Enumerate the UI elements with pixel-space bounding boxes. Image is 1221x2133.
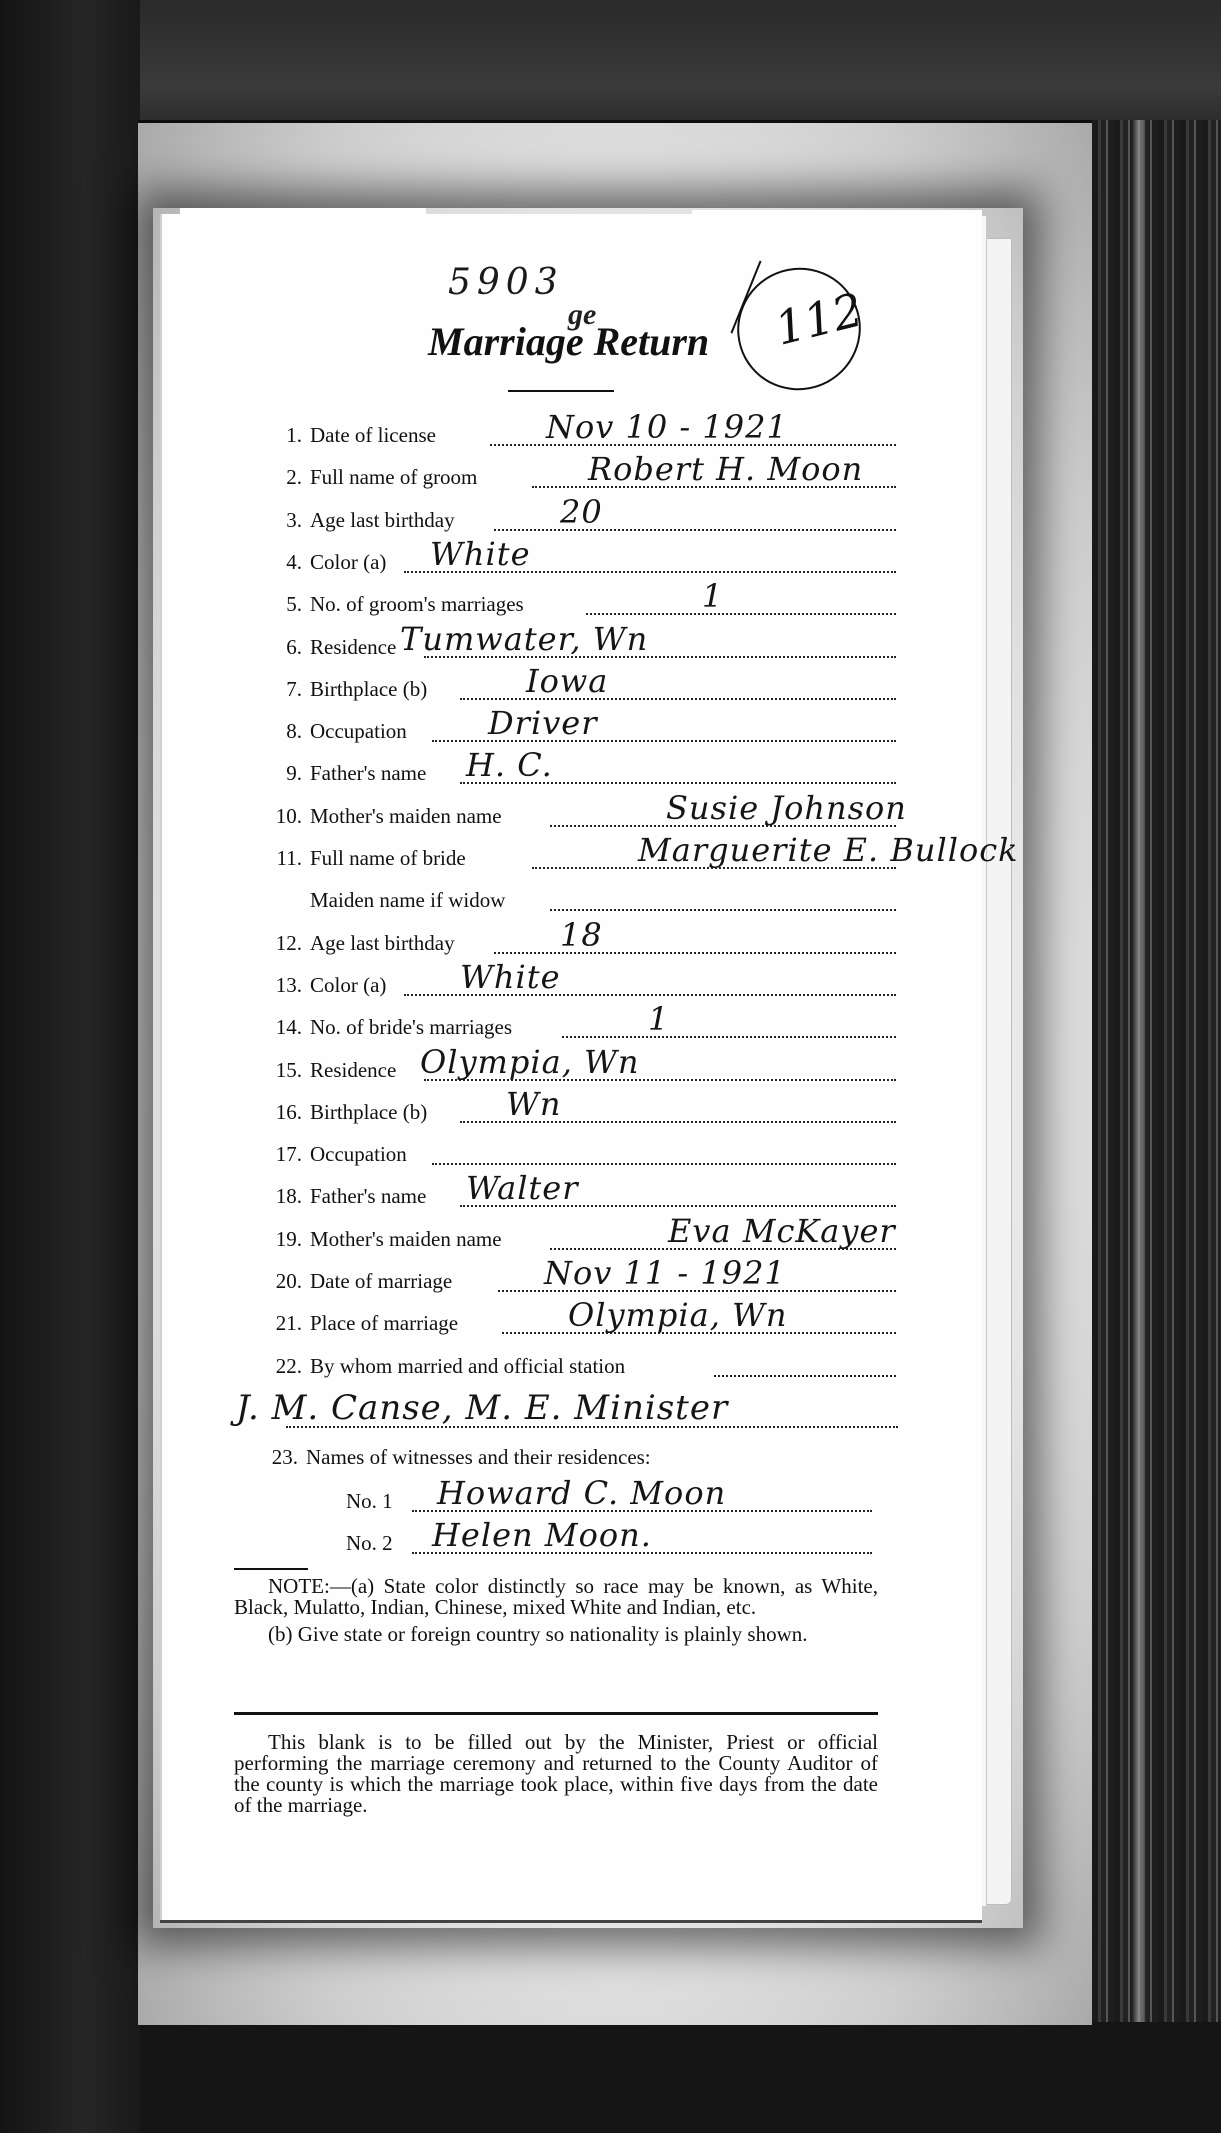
field-handwritten-value: Eva McKayer [668, 1212, 896, 1250]
witness-label: No. 1 [346, 1489, 393, 1514]
form-field-row: 8.OccupationDriver [266, 708, 896, 748]
field-label: Age last birthday [310, 508, 455, 533]
field-handwritten-value: Driver [488, 704, 598, 742]
form-field-row: 11.Full name of brideMarguerite E. Bullo… [266, 835, 896, 875]
form-field-row: 1.Date of licenseNov 10 - 1921 [266, 412, 896, 452]
form-field-row: 21.Place of marriageOlympia, Wn [266, 1300, 896, 1340]
form-field-row: 20.Date of marriageNov 11 - 1921 [266, 1258, 896, 1298]
field-label: Date of marriage [310, 1269, 452, 1294]
dotted-line [494, 529, 896, 531]
form-field-row: 5.No. of groom's marriages1 [266, 581, 896, 621]
card-tab-right [692, 210, 982, 216]
field-handwritten-value: 20 [560, 493, 603, 531]
dark-background-left [0, 0, 140, 2133]
field-label: By whom married and official station [310, 1354, 625, 1379]
dark-background-right [1092, 120, 1221, 2133]
field-label: Father's name [310, 1184, 426, 1209]
field-label: Date of license [310, 423, 436, 448]
field-number: 4. [266, 550, 302, 575]
dotted-line [494, 952, 896, 954]
dotted-line [586, 613, 896, 615]
field-number: 7. [266, 677, 302, 702]
dark-background-top [0, 0, 1221, 125]
field-number: 15. [266, 1058, 302, 1083]
witness-value: Howard C. Moon [437, 1474, 726, 1512]
instructions-text: This blank is to be filled out by the Mi… [234, 1732, 878, 1816]
field-number: 2. [266, 465, 302, 490]
field-label: Age last birthday [310, 931, 455, 956]
field-label: Birthplace (b) [310, 677, 427, 702]
field-number: 18. [266, 1184, 302, 1209]
serial-number: 5903 [448, 262, 564, 303]
officiant-line: J. M. Canse, M. E. Minister [236, 1394, 898, 1434]
field-label: Occupation [310, 719, 407, 744]
field-number: 5. [266, 592, 302, 617]
field-number: 11. [266, 846, 302, 871]
field-handwritten-value: 1 [702, 577, 723, 615]
dotted-line [562, 1036, 896, 1038]
field-label: Residence [310, 1058, 396, 1083]
field-handwritten-value: Wn [506, 1085, 562, 1123]
field-handwritten-value: Robert H. Moon [588, 450, 863, 488]
field-label: Names of witnesses and their residences: [306, 1445, 651, 1470]
field-number: 17. [266, 1142, 302, 1167]
field-number: 12. [266, 931, 302, 956]
form-field-row: 9.Father's nameH. C. [266, 750, 896, 790]
field-number: 3. [266, 508, 302, 533]
field-label: Full name of bride [310, 846, 466, 871]
note-rule [234, 1568, 308, 1570]
field-label: Occupation [310, 1142, 407, 1167]
form-field-row: 10.Mother's maiden nameSusie Johnson [266, 793, 896, 833]
form-field-row: 6.ResidenceTumwater, Wn [266, 624, 896, 664]
field-number: 9. [266, 761, 302, 786]
field-handwritten-value: 1 [648, 1000, 669, 1038]
field-handwritten-value: Olympia, Wn [420, 1043, 640, 1081]
witness-value: Helen Moon. [432, 1516, 652, 1554]
field-handwritten-value: Olympia, Wn [568, 1296, 788, 1334]
field-handwritten-value: Nov 10 - 1921 [546, 408, 788, 446]
field-number: 1. [266, 423, 302, 448]
form-field-row: 17.Occupation [266, 1131, 896, 1171]
form-field-row: 18.Father's nameWalter [266, 1173, 896, 1213]
form-field-row: 16.Birthplace (b)Wn [266, 1089, 896, 1129]
field-label: Full name of groom [310, 465, 477, 490]
form-field-row: 22.By whom married and official station [266, 1343, 896, 1383]
officiant-value: J. M. Canse, M. E. Minister [236, 1388, 728, 1428]
field-number: 8. [266, 719, 302, 744]
form-field-row: 12.Age last birthday18 [266, 920, 896, 960]
form-field-row: 19.Mother's maiden nameEva McKayer [266, 1216, 896, 1256]
field-number: 14. [266, 1015, 302, 1040]
note-b: (b) Give state or foreign country so nat… [234, 1624, 878, 1645]
field-handwritten-value: White [430, 535, 531, 573]
field-label: No. of groom's marriages [310, 592, 524, 617]
field-handwritten-value: Susie Johnson [666, 789, 907, 827]
form-field-row: 15.ResidenceOlympia, Wn [266, 1047, 896, 1087]
form-field-row: 14.No. of bride's marriages1 [266, 1004, 896, 1044]
form-field-row: 7.Birthplace (b)Iowa [266, 666, 896, 706]
instructions-rule [234, 1712, 878, 1715]
dotted-line [432, 1163, 896, 1165]
field-label: Place of marriage [310, 1311, 458, 1336]
field-number: 16. [266, 1100, 302, 1125]
dotted-line [550, 909, 896, 911]
form-field-row: Maiden name if widow [266, 877, 896, 917]
field-label: Residence [310, 635, 396, 660]
field-label: Mother's maiden name [310, 804, 502, 829]
dotted-line [714, 1375, 896, 1377]
field-handwritten-value: H. C. [466, 746, 553, 784]
field-handwritten-value: Iowa [526, 662, 608, 700]
title-underline [508, 390, 614, 392]
field-label: Color (a) [310, 973, 386, 998]
field-handwritten-value: Walter [466, 1169, 579, 1207]
field-handwritten-value: Marguerite E. Bullock [638, 831, 1019, 869]
field-number: 19. [266, 1227, 302, 1252]
field-number: 21. [266, 1311, 302, 1336]
field-number: 6. [266, 635, 302, 660]
field-number: 13. [266, 973, 302, 998]
field-handwritten-value: Tumwater, Wn [400, 620, 648, 658]
field-label: No. of bride's marriages [310, 1015, 512, 1040]
witnesses-header: 23. Names of witnesses and their residen… [262, 1434, 882, 1474]
field-number: 10. [266, 804, 302, 829]
card-tab [180, 208, 426, 216]
field-number: 20. [266, 1269, 302, 1294]
field-number: 23. [262, 1445, 298, 1470]
field-label: Father's name [310, 761, 426, 786]
form-field-row: 3.Age last birthday20 [266, 497, 896, 537]
field-label: Color (a) [310, 550, 386, 575]
dark-background-bottom [140, 2022, 1221, 2133]
field-handwritten-value: White [460, 958, 561, 996]
field-handwritten-value: Nov 11 - 1921 [544, 1254, 786, 1292]
title-correction: ge [568, 298, 596, 332]
witness-label: No. 2 [346, 1531, 393, 1556]
note-a: NOTE:—(a) State color distinctly so race… [234, 1576, 878, 1618]
document-title-block: ge Marriage Return [428, 318, 709, 365]
witness-1-row: No. 1 Howard C. Moon [262, 1478, 872, 1518]
form-field-row: 4.Color (a)White [266, 539, 896, 579]
field-label: Mother's maiden name [310, 1227, 502, 1252]
field-number: 22. [266, 1354, 302, 1379]
note-block: NOTE:—(a) State color distinctly so race… [234, 1576, 878, 1651]
field-label: Maiden name if widow [310, 888, 505, 913]
field-handwritten-value: 18 [560, 916, 603, 954]
witness-2-row: No. 2 Helen Moon. [262, 1520, 872, 1560]
form-field-row: 13.Color (a)White [266, 962, 896, 1002]
form-field-row: 2.Full name of groomRobert H. Moon [266, 454, 896, 494]
field-label: Birthplace (b) [310, 1100, 427, 1125]
